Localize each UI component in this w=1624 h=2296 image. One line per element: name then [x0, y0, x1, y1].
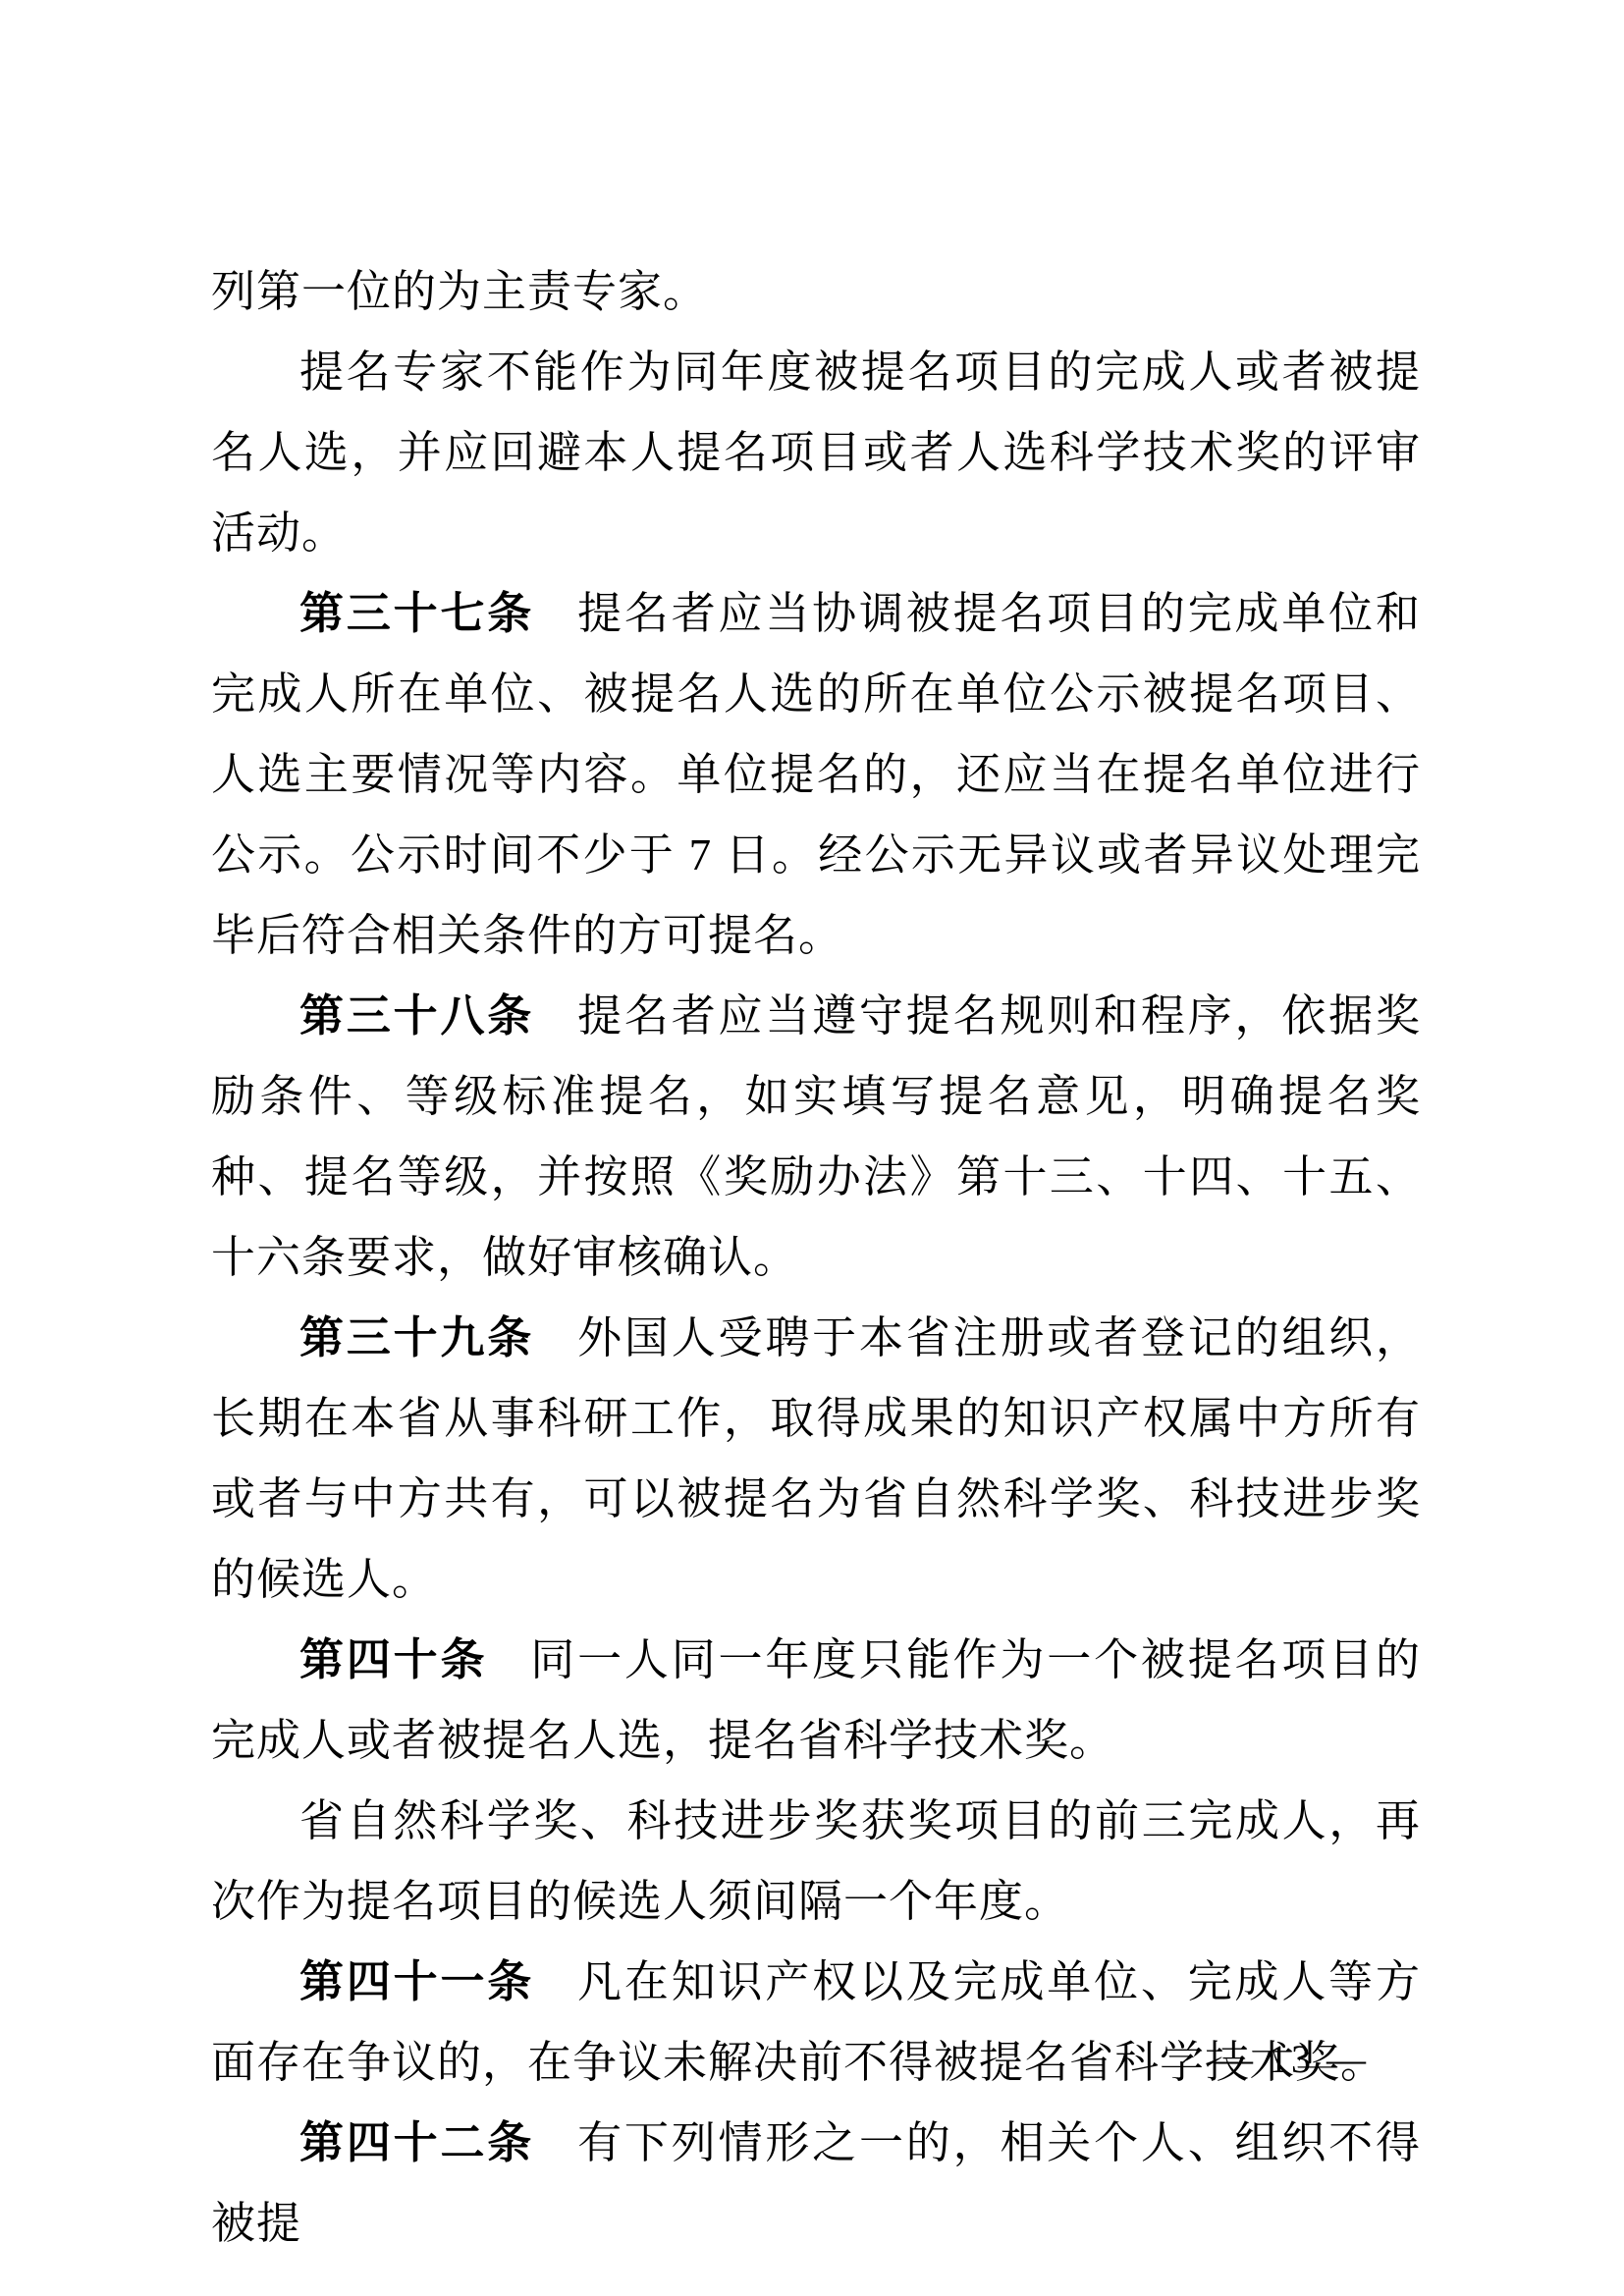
- article-number: 第四十一条: [299, 1956, 534, 2006]
- document-page: 列第一位的为主责专家。 提名专家不能作为同年度被提名项目的完成人或者被提名人选，…: [0, 0, 1624, 2296]
- page-number: — 13 —: [1214, 2036, 1369, 2083]
- article-text: 提名者应当协调被提名项目的完成单位和完成人所在单位、被提名人选的所在单位公示被提…: [211, 589, 1421, 960]
- article-paragraph: 第三十九条外国人受聘于本省注册或者登记的组织，长期在本省从事科研工作，取得成果的…: [211, 1298, 1421, 1620]
- paragraph-continuation: 列第一位的为主责专家。: [211, 251, 1421, 332]
- article-paragraph: 第四十二条有下列情形之一的，相关个人、组织不得被提: [211, 2103, 1421, 2264]
- paragraph-text: 列第一位的为主责专家。: [211, 267, 708, 316]
- article-number: 第三十七条: [299, 588, 534, 638]
- paragraph-text: 提名专家不能作为同年度被提名项目的完成人或者被提名人选，并应回避本人提名项目或者…: [211, 347, 1421, 558]
- article-paragraph: 第三十八条提名者应当遵守提名规则和程序，依据奖励条件、等级标准提名，如实填写提名…: [211, 976, 1421, 1298]
- document-body: 列第一位的为主责专家。 提名专家不能作为同年度被提名项目的完成人或者被提名人选，…: [211, 251, 1421, 2264]
- paragraph-text: 省自然科学奖、科技进步奖获奖项目的前三完成人，再次作为提名项目的候选人须间隔一个…: [211, 1796, 1421, 1926]
- article-number: 第四十条: [299, 1634, 487, 1684]
- article-number: 第四十二条: [299, 2117, 534, 2167]
- paragraph: 提名专家不能作为同年度被提名项目的完成人或者被提名人选，并应回避本人提名项目或者…: [211, 332, 1421, 573]
- article-paragraph: 第三十七条提名者应当协调被提名项目的完成单位和完成人所在单位、被提名人选的所在单…: [211, 573, 1421, 976]
- paragraph: 省自然科学奖、科技进步奖获奖项目的前三完成人，再次作为提名项目的候选人须间隔一个…: [211, 1781, 1421, 1942]
- article-number: 第三十九条: [299, 1312, 534, 1362]
- article-paragraph: 第四十条同一人同一年度只能作为一个被提名项目的完成人或者被提名人选，提名省科学技…: [211, 1620, 1421, 1781]
- article-number: 第三十八条: [299, 990, 534, 1041]
